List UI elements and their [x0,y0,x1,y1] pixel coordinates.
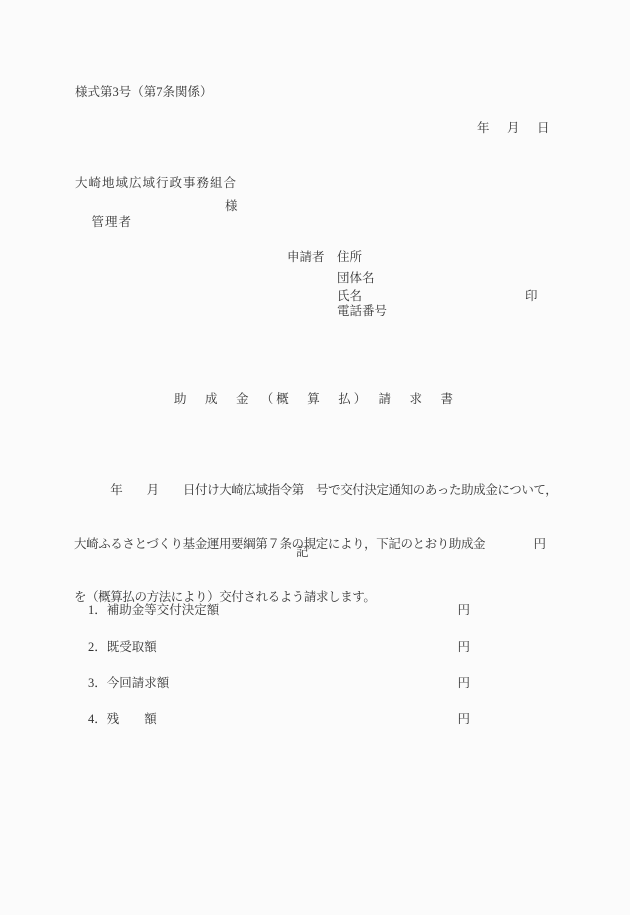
group-name-field-label: 団体名 [337,271,375,287]
date-placeholder-line: 年 月 日 [477,121,552,137]
document-title: 助 成 金 （概 算 払） 請 求 書 [0,392,630,408]
item-row-received-amount: 2．既受取額 円 [88,637,470,655]
item-row-decided-amount: 1．補助金等交付決定額 円 [88,600,470,618]
address-field-label: 住所 [337,250,362,266]
addressee-row: 管理者 様 [75,199,275,262]
applicant-label: 申請者 [287,250,325,266]
name-field-label: 氏名 [337,289,362,305]
item-label: 1．補助金等交付決定額 [88,600,219,618]
item-unit: 円 [457,709,470,727]
phone-field-label: 電話番号 [337,304,387,320]
record-marker: 記 [296,545,309,561]
honorific-label: 様 [225,199,239,215]
item-unit: 円 [457,600,470,618]
body-line-1: 年 月 日付け大崎広域指令第 号で交付決定通知のあった助成金について， [74,483,564,505]
item-unit: 円 [457,637,470,655]
form-number-label: 様式第3号（第7条関係） [75,85,213,101]
item-label: 4．残 額 [88,709,157,727]
item-row-requested-amount: 3．今回請求額 円 [88,673,470,691]
document-page: 様式第3号（第7条関係） 年 月 日 大崎地域広域行政事務組合 管理者 様 申請… [0,0,630,915]
item-row-remaining-amount: 4．残 額 円 [88,709,470,727]
item-label: 3．今回請求額 [88,673,169,691]
seal-mark: 印 [525,289,538,305]
organization-name: 大崎地域広域行政事務組合 [75,176,237,192]
addressee-label: 管理者 [92,215,133,229]
item-label: 2．既受取額 [88,637,157,655]
item-unit: 円 [457,673,470,691]
body-line-2: 大崎ふるさとづくり基金運用要綱第７条の規定により，下記のとおり助成金 円 [74,537,564,559]
